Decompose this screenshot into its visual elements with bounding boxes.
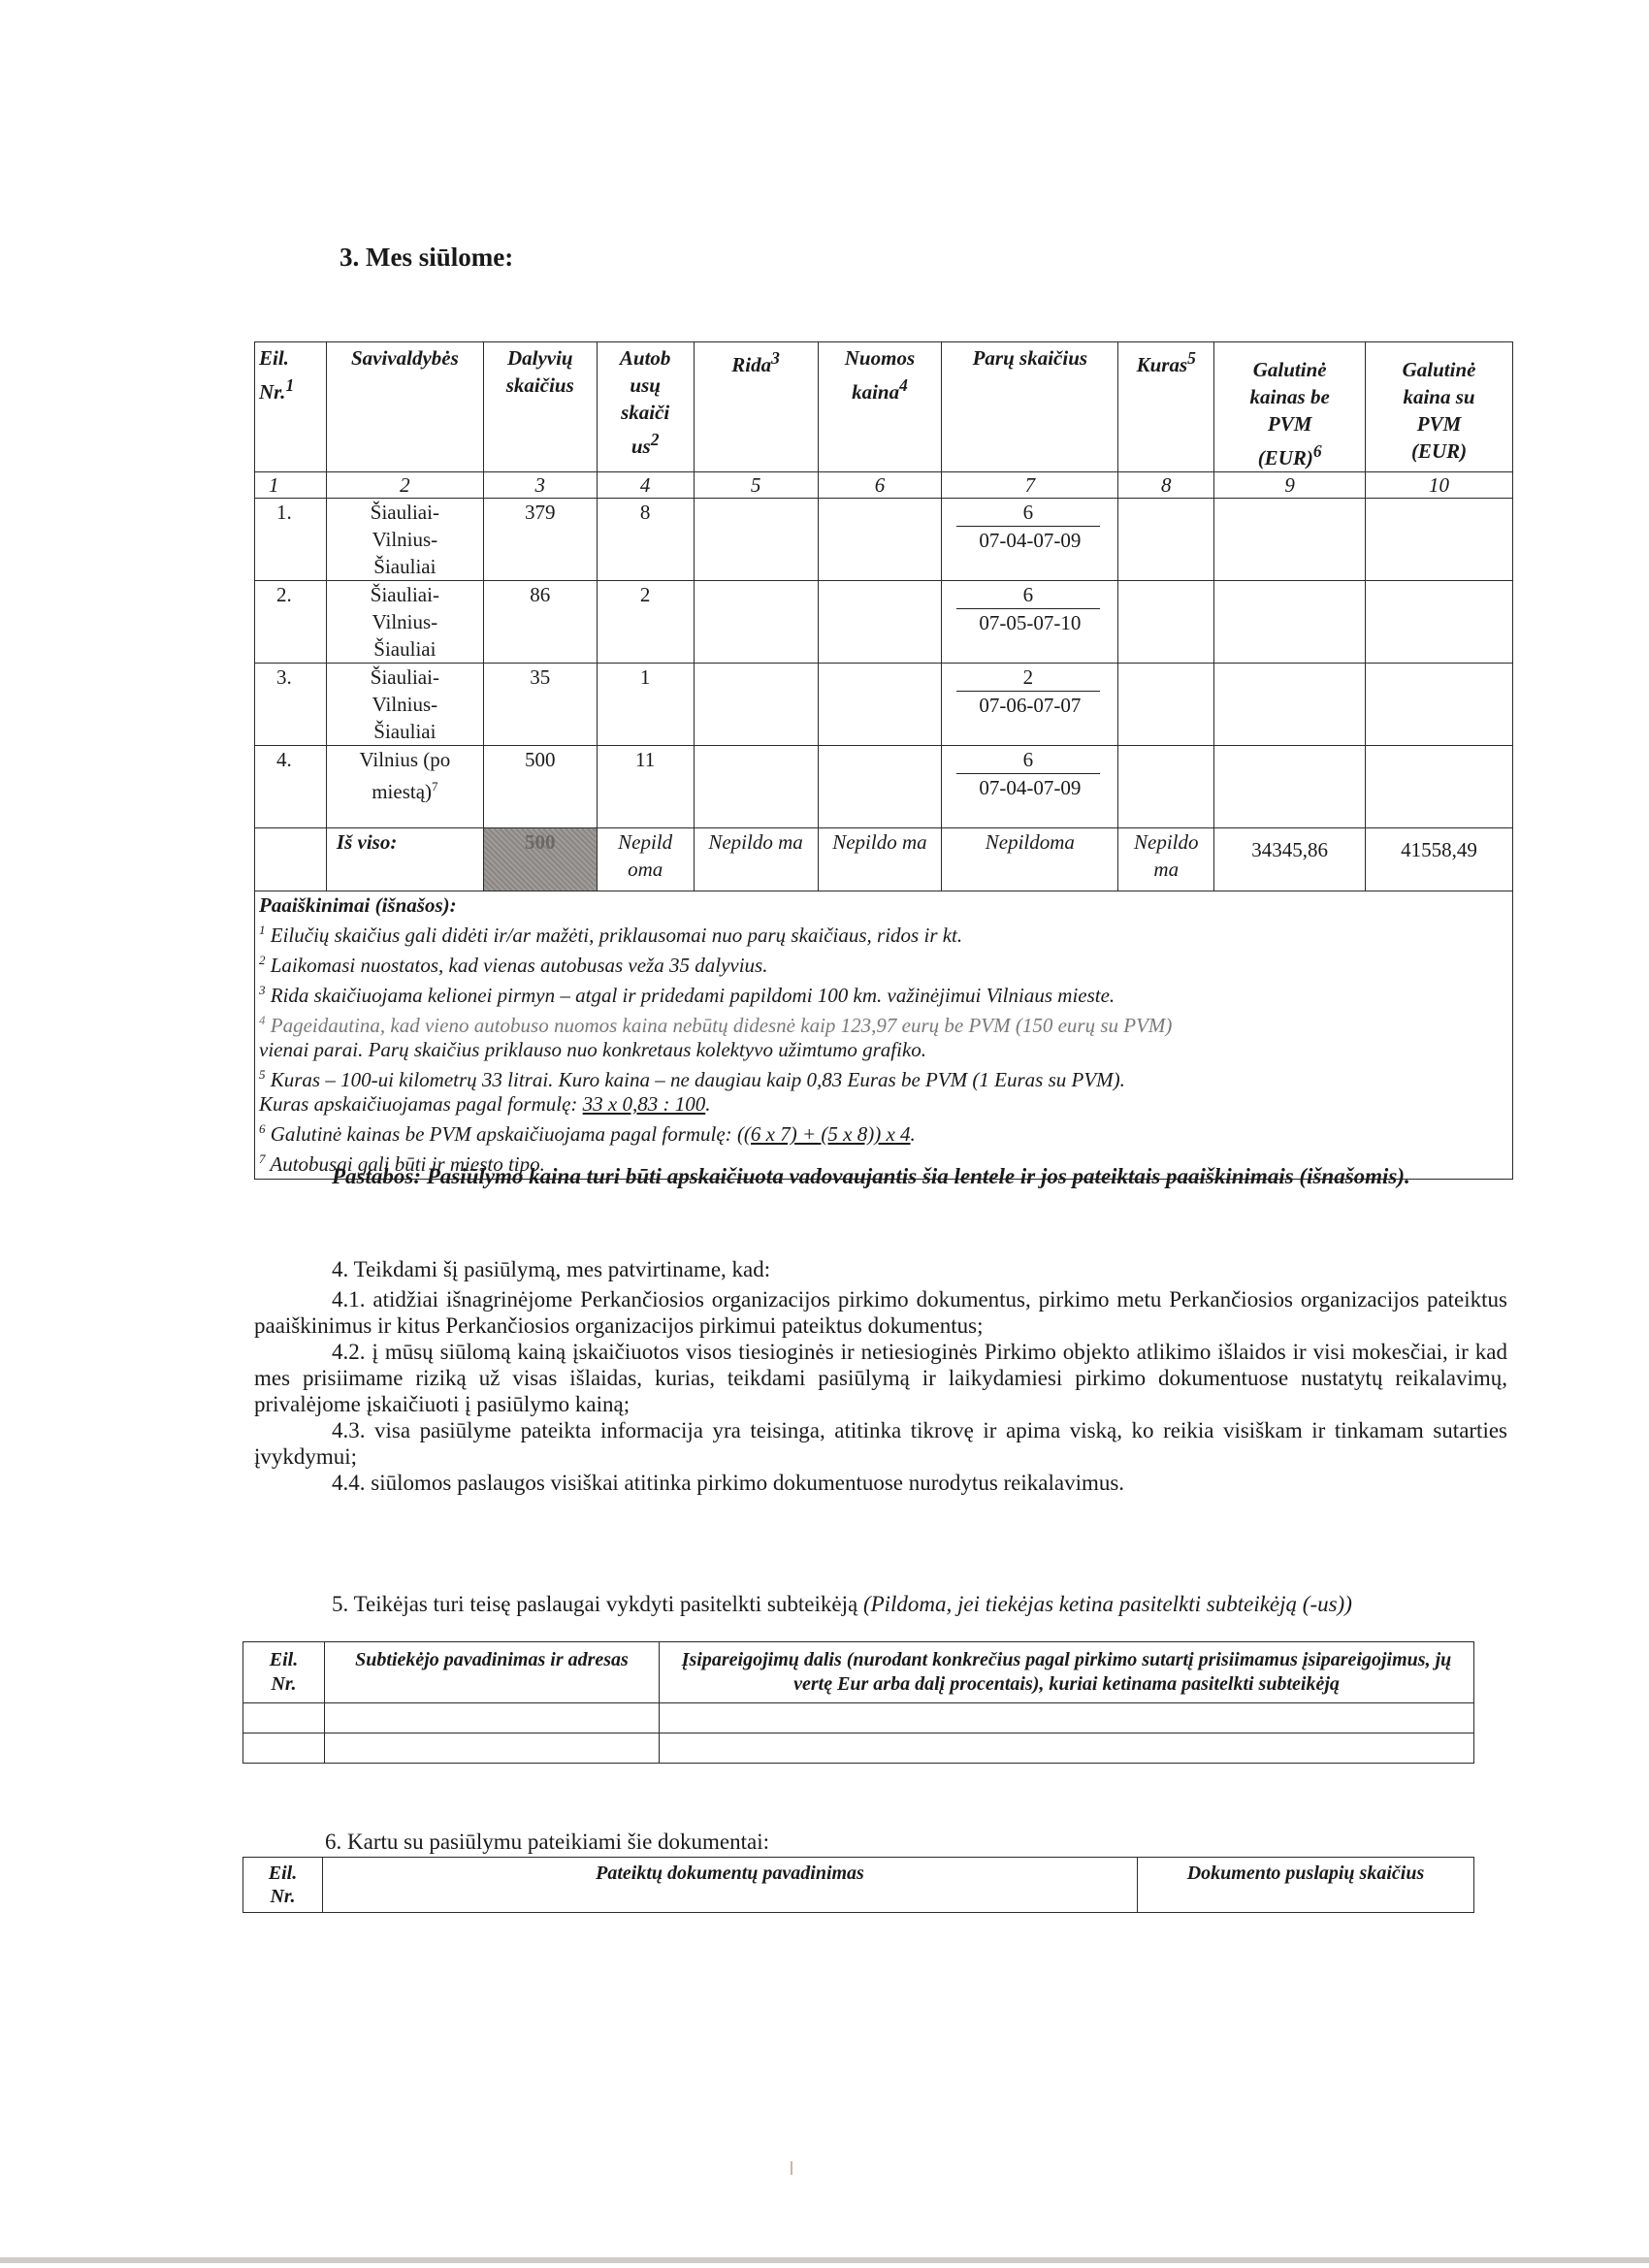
- cell-nr[interactable]: [243, 1733, 325, 1764]
- col-number: 1: [255, 472, 327, 499]
- col-number: 3: [483, 472, 597, 499]
- footnote-2: 2 Laikomasi nuostatos, kad vienas autobu…: [259, 948, 1508, 978]
- section-4-item: 4.2. į mūsų siūlomą kainą įskaičiuotos v…: [254, 1339, 1507, 1417]
- row-fuel[interactable]: [1118, 581, 1214, 664]
- table-row: 1. Šiauliai- Vilnius- Šiauliai 379 8 607…: [255, 499, 1513, 581]
- total-days: Nepildoma: [942, 828, 1118, 891]
- row-days: 207-06-07-07: [942, 664, 1118, 746]
- cell-subcontractor[interactable]: [325, 1733, 660, 1764]
- row-mileage[interactable]: [694, 664, 818, 746]
- total-nr: [255, 828, 327, 891]
- footnote-5: 5 Kuras – 100-ui kilometrų 33 litrai. Ku…: [259, 1062, 1508, 1092]
- table-row: 3. Šiauliai- Vilnius- Šiauliai 35 1 207-…: [255, 664, 1513, 746]
- offer-table: Eil.Nr.1 Savivaldybės Dalyviųskaičius Au…: [254, 341, 1513, 1180]
- table-row: 4. Vilnius (po miestą)7 500 11 607-04-07…: [255, 746, 1513, 828]
- row-rent[interactable]: [818, 746, 942, 828]
- total-fuel: Nepildo ma: [1118, 828, 1214, 891]
- col-header-document-name: Pateiktų dokumentų pavadinimas: [323, 1858, 1138, 1913]
- footnote-4: 4 Pageidautina, kad vieno autobuso nuomo…: [259, 1008, 1508, 1038]
- cell-nr[interactable]: [243, 1703, 325, 1733]
- row-buses: 11: [597, 746, 694, 828]
- col-header-nr: Eil.Nr.: [243, 1642, 325, 1703]
- row-rent[interactable]: [818, 581, 942, 664]
- cell-obligations[interactable]: [660, 1703, 1474, 1733]
- col-header-buses: Autobusųskaičius2: [597, 342, 694, 472]
- header-row: Eil.Nr. Pateiktų dokumentų pavadinimas D…: [243, 1858, 1474, 1913]
- total-mileage: Nepildo ma: [694, 828, 818, 891]
- row-route: Šiauliai- Vilnius- Šiauliai: [326, 581, 483, 664]
- row-days: 607-05-07-10: [942, 581, 1118, 664]
- col-number: 5: [694, 472, 818, 499]
- row-route: Šiauliai- Vilnius- Šiauliai: [326, 499, 483, 581]
- total-buses: Nepild oma: [597, 828, 694, 891]
- row-rent[interactable]: [818, 499, 942, 581]
- days-dates: 07-04-07-09: [960, 527, 1100, 554]
- row-total-no-vat[interactable]: [1214, 581, 1366, 664]
- column-number-row: 1 2 3 4 5 6 7 8 9 10: [255, 472, 1513, 499]
- col-header-participants: Dalyviųskaičius: [483, 342, 597, 472]
- row-participants: 379: [483, 499, 597, 581]
- remark-text: Pastabos: Pasiūlymo kaina turi būti apsk…: [254, 1164, 1513, 1189]
- notes-row: Paaiškinimai (išnašos): 1 Eilučių skaiči…: [255, 891, 1513, 1180]
- cell-obligations[interactable]: [660, 1733, 1474, 1764]
- row-participants: 35: [483, 664, 597, 746]
- table-row: [243, 1703, 1474, 1733]
- row-participants: 500: [483, 746, 597, 828]
- row-participants: 86: [483, 581, 597, 664]
- col-header-nr: Eil.Nr.: [243, 1858, 323, 1913]
- row-total-no-vat[interactable]: [1214, 499, 1366, 581]
- row-days: 607-04-07-09: [942, 499, 1118, 581]
- col-number: 6: [818, 472, 942, 499]
- row-rent[interactable]: [818, 664, 942, 746]
- total-rent: Nepildo ma: [818, 828, 942, 891]
- row-total-no-vat[interactable]: [1214, 664, 1366, 746]
- section-6-text: 6. Kartu su pasiūlymu pateikiami šie dok…: [325, 1830, 769, 1855]
- footnotes-title: Paaiškinimai (išnašos):: [259, 893, 1508, 918]
- days-dates: 07-05-07-10: [960, 609, 1100, 636]
- row-nr: 2.: [255, 581, 327, 664]
- row-buses: 8: [597, 499, 694, 581]
- cell-subcontractor[interactable]: [325, 1703, 660, 1733]
- row-mileage[interactable]: [694, 746, 818, 828]
- section-4-item: 4.3. visa pasiūlyme pateikta informacija…: [254, 1417, 1507, 1470]
- col-number: 10: [1366, 472, 1513, 499]
- footnote-1: 1 Eilučių skaičius gali didėti ir/ar maž…: [259, 918, 1508, 948]
- col-header-municipality: Savivaldybės: [326, 342, 483, 472]
- col-header-mileage: Rida3: [694, 342, 818, 472]
- section-5-text: 5. Teikėjas turi teisę paslaugai vykdyti…: [254, 1591, 1507, 1617]
- scan-edge: [0, 2257, 1649, 2263]
- row-fuel[interactable]: [1118, 746, 1214, 828]
- footnote-5-cont: Kuras apskaičiuojamas pagal formulę: 33 …: [259, 1092, 1508, 1117]
- col-number: 7: [942, 472, 1118, 499]
- table-row: 2. Šiauliai- Vilnius- Šiauliai 86 2 607-…: [255, 581, 1513, 664]
- row-total-vat[interactable]: [1366, 499, 1513, 581]
- col-number: 4: [597, 472, 694, 499]
- footnote-3: 3 Rida skaičiuojama kelionei pirmyn – at…: [259, 978, 1508, 1008]
- col-header-rent: Nuomoskaina4: [818, 342, 942, 472]
- col-header-fuel: Kuras5: [1118, 342, 1214, 472]
- header-row: Eil.Nr. Subtiekėjo pavadinimas ir adresa…: [243, 1642, 1474, 1703]
- row-nr: 3.: [255, 664, 327, 746]
- col-number: 9: [1214, 472, 1366, 499]
- row-mileage[interactable]: [694, 499, 818, 581]
- row-fuel[interactable]: [1118, 664, 1214, 746]
- section-4-item: 4.1. atidžiai išnagrinėjome Perkančiosio…: [254, 1286, 1507, 1339]
- footnotes: Paaiškinimai (išnašos): 1 Eilučių skaiči…: [255, 891, 1513, 1180]
- header-row: Eil.Nr.1 Savivaldybės Dalyviųskaičius Au…: [255, 342, 1513, 472]
- col-header-total-no-vat: Galutinėkainas bePVM(EUR)6: [1214, 342, 1366, 472]
- days-count: 6: [956, 581, 1100, 609]
- col-header-page-count: Dokumento puslapių skaičius: [1138, 1858, 1474, 1913]
- section-3-title: 3. Mes siūlome:: [339, 243, 513, 273]
- row-total-vat[interactable]: [1366, 664, 1513, 746]
- scan-speck: [791, 2161, 792, 2175]
- row-buses: 2: [597, 581, 694, 664]
- section-4: 4. Teikdami šį pasiūlymą, mes patvirtina…: [254, 1256, 1507, 1496]
- section-4-item: 4.4. siūlomos paslaugos visiškai atitink…: [254, 1470, 1507, 1496]
- documents-table: Eil.Nr. Pateiktų dokumentų pavadinimas D…: [242, 1857, 1474, 1913]
- days-dates: 07-06-07-07: [960, 692, 1100, 719]
- days-count: 6: [956, 746, 1100, 774]
- total-participants: 500: [483, 828, 597, 891]
- footnote-6: 6 Galutinė kainas be PVM apskaičiuojama …: [259, 1117, 1508, 1147]
- row-mileage[interactable]: [694, 581, 818, 664]
- col-header-total-vat: Galutinėkaina suPVM(EUR): [1366, 342, 1513, 472]
- total-vat-value: 41558,49: [1366, 828, 1513, 891]
- days-count: 2: [956, 664, 1100, 692]
- row-days: 607-04-07-09: [942, 746, 1118, 828]
- total-label: Iš viso:: [326, 828, 483, 891]
- footnote-4-cont: vienai parai. Parų skaičius priklauso nu…: [259, 1038, 1508, 1062]
- col-number: 8: [1118, 472, 1214, 499]
- section-5-note: (Pildoma, jei tiekėjas ketina pasitelkti…: [863, 1592, 1352, 1616]
- row-route: Šiauliai- Vilnius- Šiauliai: [326, 664, 483, 746]
- row-total-vat[interactable]: [1366, 581, 1513, 664]
- days-count: 6: [956, 499, 1100, 527]
- col-header-obligations: Įsipareigojimų dalis (nurodant konkrečiu…: [660, 1642, 1474, 1703]
- row-total-vat[interactable]: [1366, 746, 1513, 828]
- row-total-no-vat[interactable]: [1214, 746, 1366, 828]
- col-header-nr: Eil.Nr.1: [255, 342, 327, 472]
- section-4-intro: 4. Teikdami šį pasiūlymą, mes patvirtina…: [254, 1256, 1507, 1282]
- col-number: 2: [326, 472, 483, 499]
- row-nr: 1.: [255, 499, 327, 581]
- col-header-subcontractor: Subtiekėjo pavadinimas ir adresas: [325, 1642, 660, 1703]
- subcontractor-table: Eil.Nr. Subtiekėjo pavadinimas ir adresa…: [242, 1641, 1474, 1764]
- total-no-vat-value: 34345,86: [1214, 828, 1366, 891]
- col-header-days: Parų skaičius: [942, 342, 1118, 472]
- total-row: Iš viso: 500 Nepild oma Nepildo ma Nepil…: [255, 828, 1513, 891]
- row-nr: 4.: [255, 746, 327, 828]
- row-fuel[interactable]: [1118, 499, 1214, 581]
- days-dates: 07-04-07-09: [960, 774, 1100, 801]
- table-row: [243, 1733, 1474, 1764]
- row-buses: 1: [597, 664, 694, 746]
- row-route: Vilnius (po miestą)7: [326, 746, 483, 828]
